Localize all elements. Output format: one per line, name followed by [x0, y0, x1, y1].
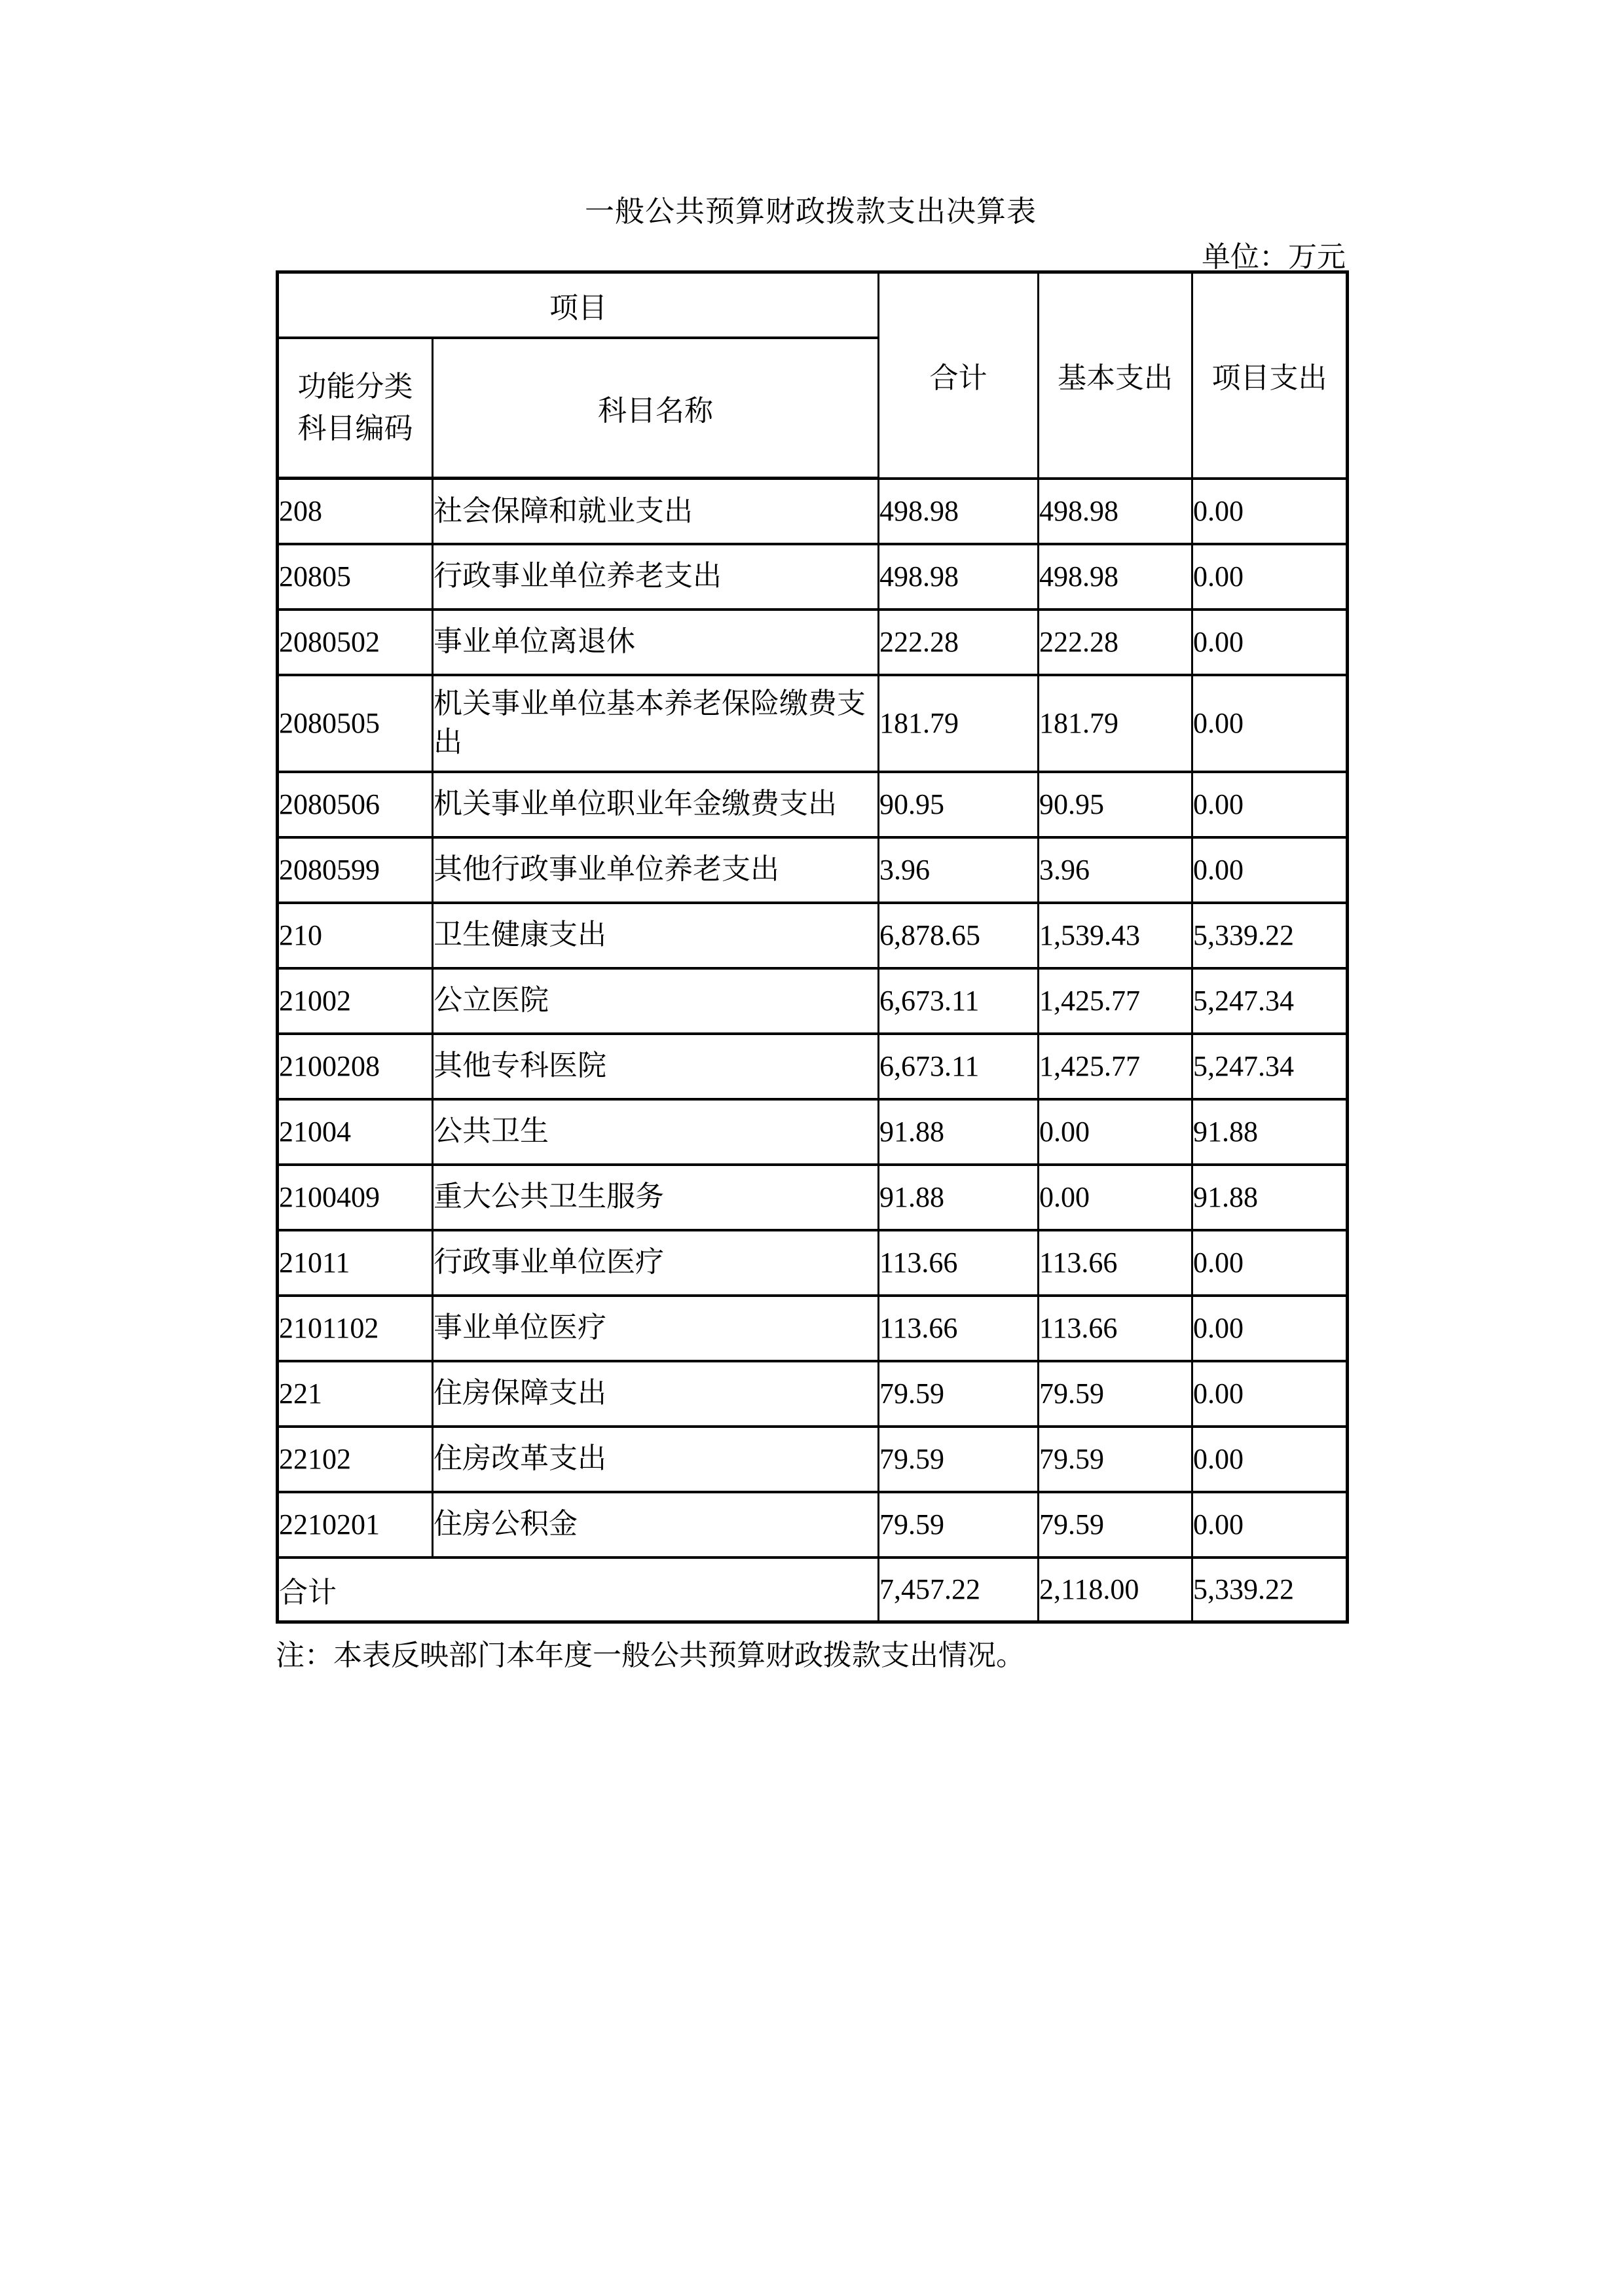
total-total: 7,457.22: [879, 1558, 1039, 1622]
cell-name: 住房公积金: [433, 1492, 879, 1558]
total-project: 5,339.22: [1192, 1558, 1348, 1622]
cell-code: 2080502: [278, 610, 433, 675]
cell-basic: 1,425.77: [1039, 1034, 1192, 1099]
header-group: 项目: [278, 272, 879, 338]
page-note: 注：本表反映部门本年度一般公共预算财政拨款支出情况。: [276, 1631, 1025, 1673]
header-name: 科目名称: [433, 338, 879, 479]
cell-basic: 3.96: [1039, 837, 1192, 903]
header-project: 项目支出: [1192, 272, 1348, 479]
cell-project: 0.00: [1192, 1361, 1348, 1427]
table-row: 21011 行政事业单位医疗 113.66 113.66 0.00: [278, 1230, 1348, 1296]
cell-code: 221: [278, 1361, 433, 1427]
cell-basic: 113.66: [1039, 1230, 1192, 1296]
cell-basic: 181.79: [1039, 675, 1192, 772]
cell-basic: 222.28: [1039, 610, 1192, 675]
cell-name: 公立医院: [433, 968, 879, 1034]
cell-total: 498.98: [879, 544, 1039, 610]
table-row: 221 住房保障支出 79.59 79.59 0.00: [278, 1361, 1348, 1427]
cell-basic: 0.00: [1039, 1165, 1192, 1230]
cell-name: 事业单位医疗: [433, 1296, 879, 1361]
cell-name: 机关事业单位职业年金缴费支出: [433, 772, 879, 837]
cell-name: 社会保障和就业支出: [433, 479, 879, 544]
cell-project: 0.00: [1192, 1492, 1348, 1558]
cell-code: 22102: [278, 1427, 433, 1492]
cell-total: 6,878.65: [879, 903, 1039, 968]
cell-total: 6,673.11: [879, 1034, 1039, 1099]
table-row: 2100409 重大公共卫生服务 91.88 0.00 91.88: [278, 1165, 1348, 1230]
cell-project: 0.00: [1192, 772, 1348, 837]
cell-total: 113.66: [879, 1230, 1039, 1296]
cell-basic: 90.95: [1039, 772, 1192, 837]
table-row: 20805 行政事业单位养老支出 498.98 498.98 0.00: [278, 544, 1348, 610]
cell-name: 行政事业单位医疗: [433, 1230, 879, 1296]
cell-name: 其他专科医院: [433, 1034, 879, 1099]
cell-project: 5,339.22: [1192, 903, 1348, 968]
header-code-line2: 科目编码: [279, 408, 432, 450]
cell-total: 6,673.11: [879, 968, 1039, 1034]
cell-total: 91.88: [879, 1165, 1039, 1230]
cell-basic: 113.66: [1039, 1296, 1192, 1361]
table-row: 2080502 事业单位离退休 222.28 222.28 0.00: [278, 610, 1348, 675]
cell-basic: 79.59: [1039, 1427, 1192, 1492]
cell-project: 0.00: [1192, 544, 1348, 610]
cell-total: 3.96: [879, 837, 1039, 903]
cell-total: 181.79: [879, 675, 1039, 772]
budget-table: 项目 合计 基本支出 项目支出 功能分类 科目编码 科目名称 208 社会保障和…: [276, 270, 1349, 1624]
cell-project: 0.00: [1192, 1296, 1348, 1361]
cell-code: 208: [278, 479, 433, 544]
cell-code: 2080505: [278, 675, 433, 772]
header-code-line1: 功能分类: [279, 366, 432, 408]
cell-project: 0.00: [1192, 837, 1348, 903]
table-row: 208 社会保障和就业支出 498.98 498.98 0.00: [278, 479, 1348, 544]
cell-code: 2080506: [278, 772, 433, 837]
cell-project: 0.00: [1192, 1427, 1348, 1492]
cell-code: 2210201: [278, 1492, 433, 1558]
cell-basic: 498.98: [1039, 544, 1192, 610]
cell-basic: 1,425.77: [1039, 968, 1192, 1034]
cell-name: 公共卫生: [433, 1099, 879, 1165]
table-row: 22102 住房改革支出 79.59 79.59 0.00: [278, 1427, 1348, 1492]
cell-project: 0.00: [1192, 610, 1348, 675]
cell-project: 0.00: [1192, 675, 1348, 772]
cell-name: 行政事业单位养老支出: [433, 544, 879, 610]
cell-name: 重大公共卫生服务: [433, 1165, 879, 1230]
cell-project: 91.88: [1192, 1165, 1348, 1230]
cell-code: 21004: [278, 1099, 433, 1165]
cell-project: 5,247.34: [1192, 968, 1348, 1034]
cell-name: 机关事业单位基本养老保险缴费支出: [433, 675, 879, 772]
cell-code: 21011: [278, 1230, 433, 1296]
cell-name: 卫生健康支出: [433, 903, 879, 968]
cell-name: 住房改革支出: [433, 1427, 879, 1492]
page-title: 一般公共预算财政拨款支出决算表: [276, 187, 1346, 230]
table-row: 2101102 事业单位医疗 113.66 113.66 0.00: [278, 1296, 1348, 1361]
table-row: 2210201 住房公积金 79.59 79.59 0.00: [278, 1492, 1348, 1558]
cell-total: 79.59: [879, 1427, 1039, 1492]
cell-total: 90.95: [879, 772, 1039, 837]
cell-total: 79.59: [879, 1492, 1039, 1558]
cell-name: 其他行政事业单位养老支出: [433, 837, 879, 903]
table-row: 2080506 机关事业单位职业年金缴费支出 90.95 90.95 0.00: [278, 772, 1348, 837]
total-label: 合计: [278, 1558, 879, 1622]
cell-project: 91.88: [1192, 1099, 1348, 1165]
cell-basic: 79.59: [1039, 1361, 1192, 1427]
cell-code: 2101102: [278, 1296, 433, 1361]
header-row-group: 项目 合计 基本支出 项目支出: [278, 272, 1348, 338]
cell-code: 2100208: [278, 1034, 433, 1099]
cell-code: 2080599: [278, 837, 433, 903]
table-row: 2100208 其他专科医院 6,673.11 1,425.77 5,247.3…: [278, 1034, 1348, 1099]
cell-total: 222.28: [879, 610, 1039, 675]
table-row: 21004 公共卫生 91.88 0.00 91.88: [278, 1099, 1348, 1165]
cell-code: 2100409: [278, 1165, 433, 1230]
total-row: 合计 7,457.22 2,118.00 5,339.22: [278, 1558, 1348, 1622]
header-basic: 基本支出: [1039, 272, 1192, 479]
cell-total: 91.88: [879, 1099, 1039, 1165]
cell-code: 210: [278, 903, 433, 968]
cell-basic: 1,539.43: [1039, 903, 1192, 968]
table-row: 2080599 其他行政事业单位养老支出 3.96 3.96 0.00: [278, 837, 1348, 903]
cell-basic: 79.59: [1039, 1492, 1192, 1558]
cell-total: 498.98: [879, 479, 1039, 544]
cell-basic: 0.00: [1039, 1099, 1192, 1165]
header-code: 功能分类 科目编码: [278, 338, 433, 479]
cell-name: 事业单位离退休: [433, 610, 879, 675]
table-row: 210 卫生健康支出 6,878.65 1,539.43 5,339.22: [278, 903, 1348, 968]
cell-project: 5,247.34: [1192, 1034, 1348, 1099]
total-basic: 2,118.00: [1039, 1558, 1192, 1622]
cell-total: 79.59: [879, 1361, 1039, 1427]
unit-label: 单位：万元: [276, 233, 1346, 275]
cell-total: 113.66: [879, 1296, 1039, 1361]
table-row: 21002 公立医院 6,673.11 1,425.77 5,247.34: [278, 968, 1348, 1034]
header-total: 合计: [879, 272, 1039, 479]
cell-basic: 498.98: [1039, 479, 1192, 544]
table-row: 2080505 机关事业单位基本养老保险缴费支出 181.79 181.79 0…: [278, 675, 1348, 772]
cell-project: 0.00: [1192, 1230, 1348, 1296]
cell-code: 21002: [278, 968, 433, 1034]
cell-code: 20805: [278, 544, 433, 610]
cell-name: 住房保障支出: [433, 1361, 879, 1427]
cell-project: 0.00: [1192, 479, 1348, 544]
